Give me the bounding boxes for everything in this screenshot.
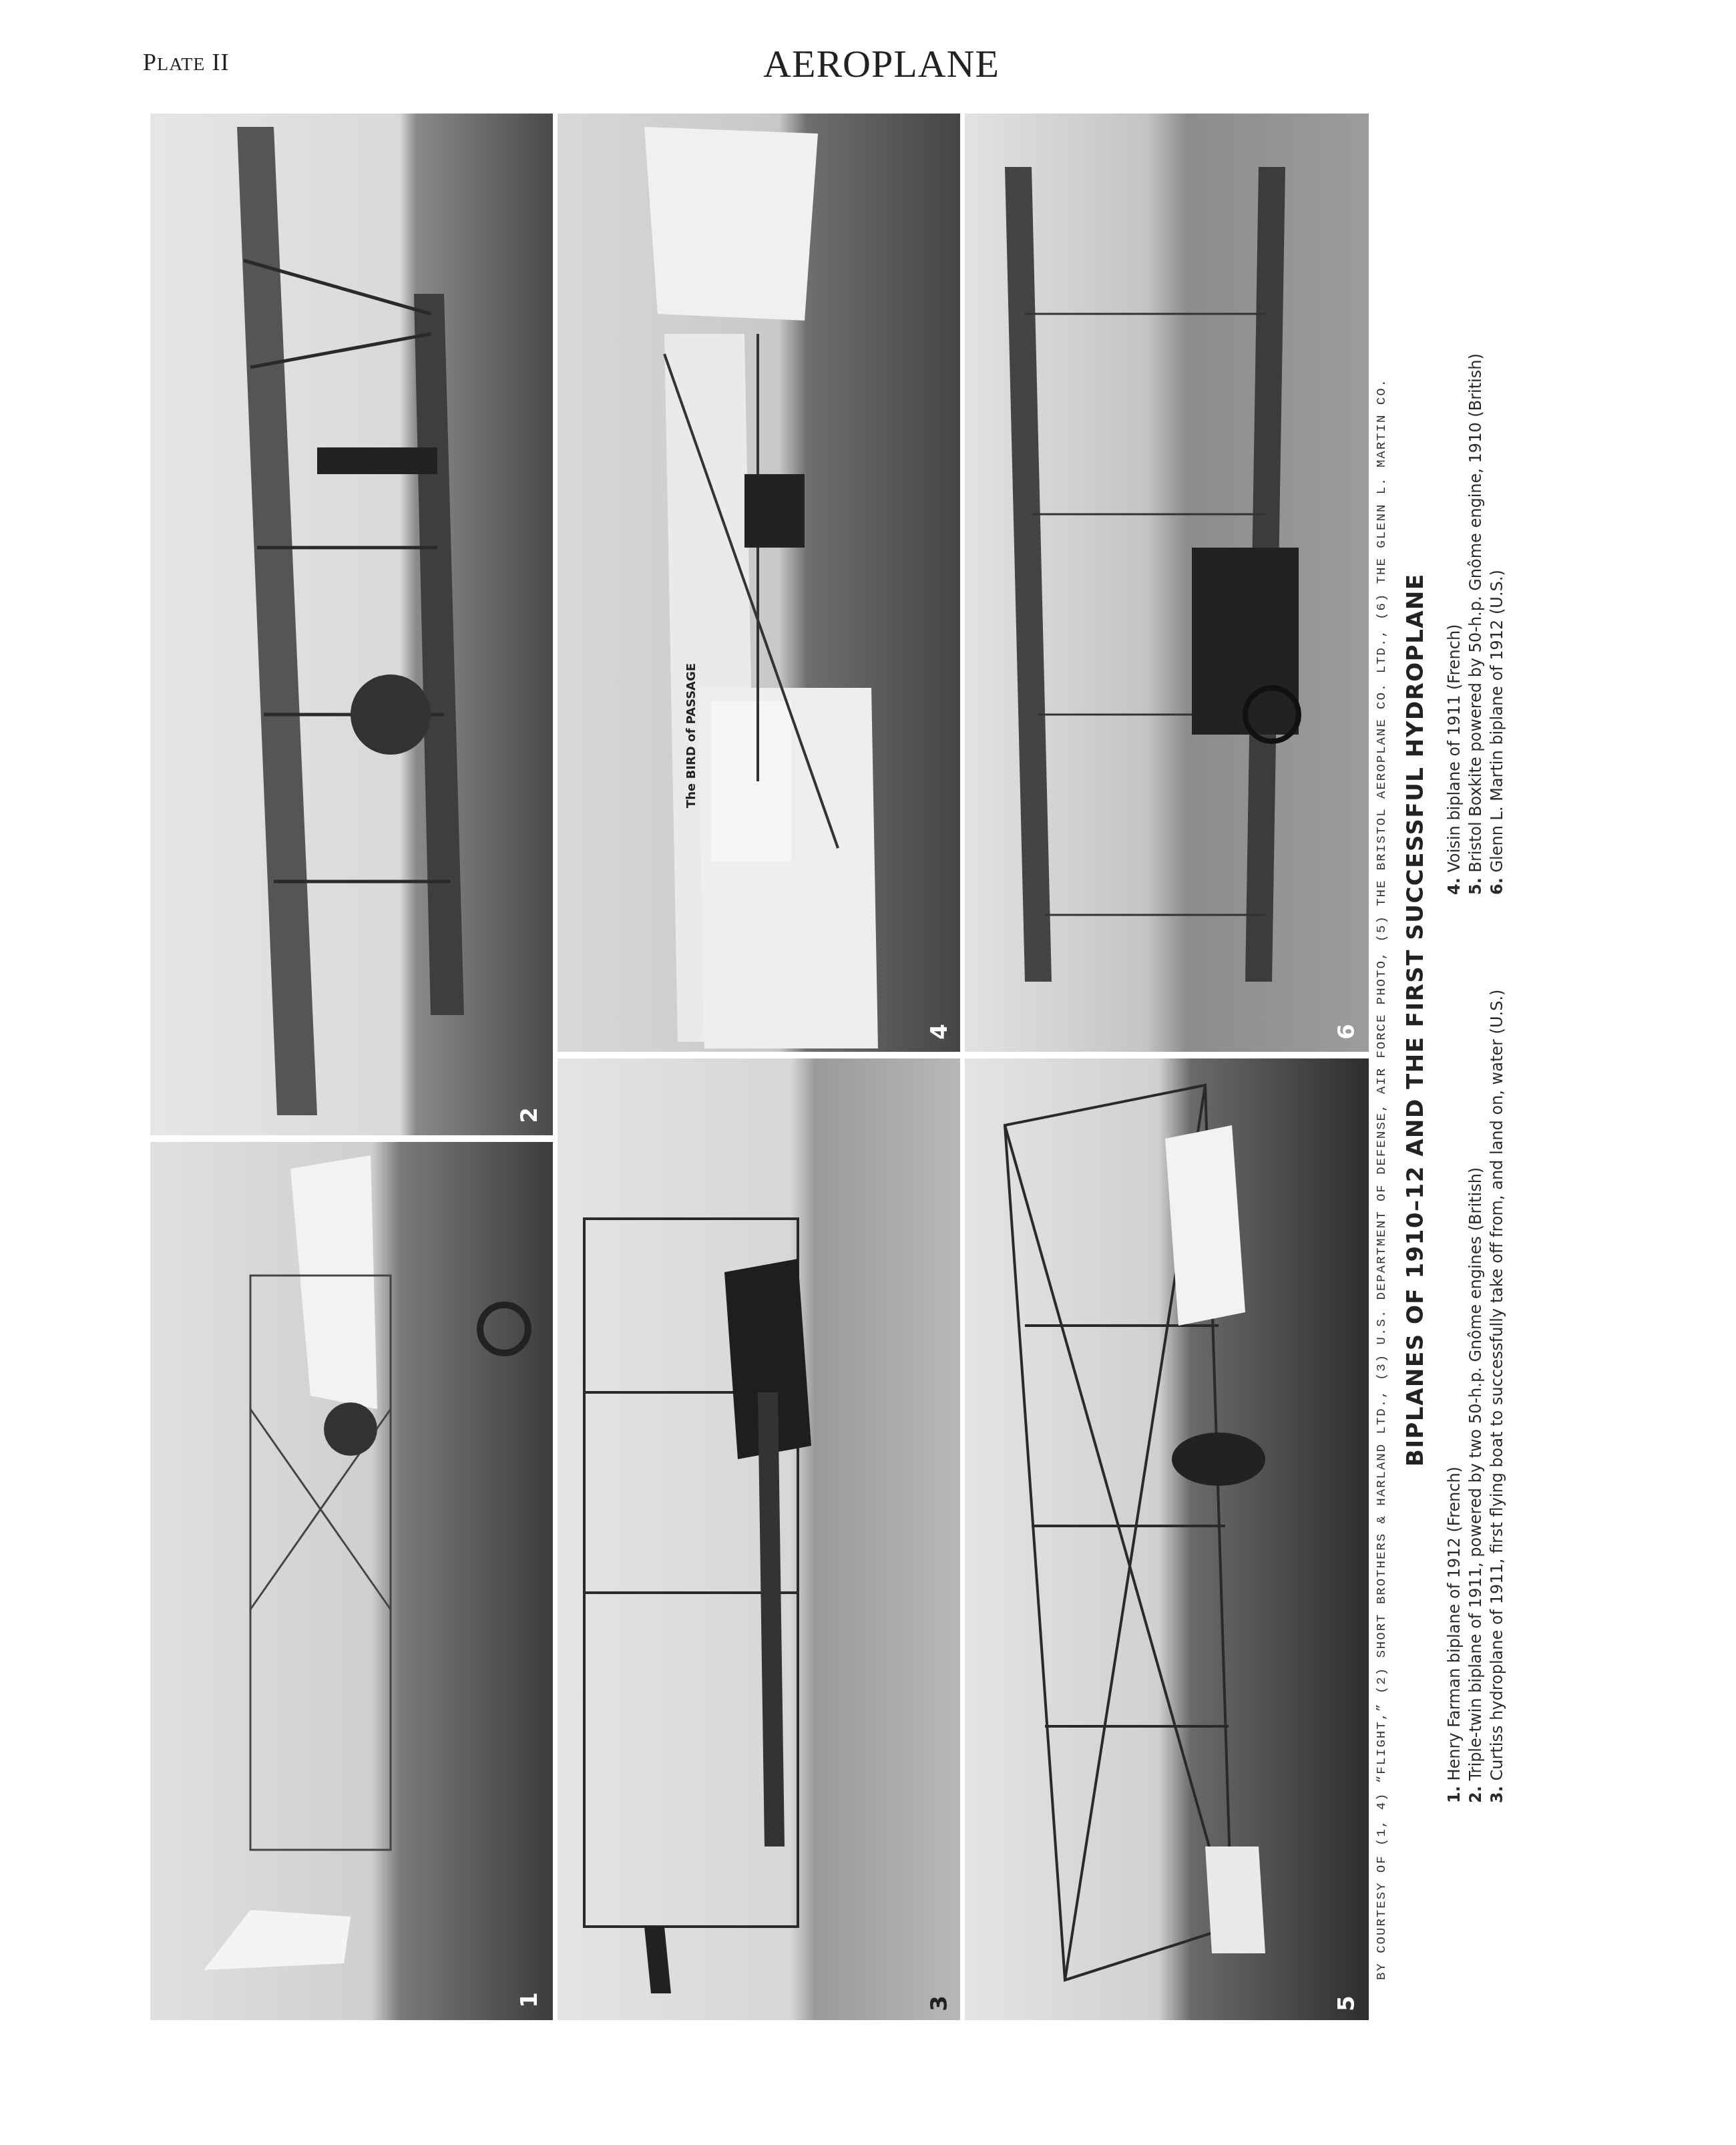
caption-title: BIPLANES OF 1910–12 AND THE FIRST SUCCES… bbox=[1402, 573, 1429, 1467]
photo-number-5: 5 bbox=[1333, 1995, 1360, 2011]
photo-number-2: 2 bbox=[516, 1107, 543, 1123]
caption-item-2: 2. Triple-twin biplane of 1911, powered … bbox=[1465, 990, 1486, 1803]
photo-number-6: 6 bbox=[1333, 1024, 1360, 1040]
photo-number-3: 3 bbox=[926, 1995, 953, 2011]
photo-5-bristol-boxkite: 5 bbox=[965, 1058, 1369, 2020]
photo-number-1: 1 bbox=[516, 1992, 543, 2008]
caption-item-1: 1. Henry Farman biplane of 1912 (French) bbox=[1444, 990, 1465, 1803]
photo-number-4: 4 bbox=[926, 1024, 953, 1040]
page-title: AEROPLANE bbox=[668, 41, 1095, 86]
photo-6-glenn-martin-biplane: 6 bbox=[965, 114, 1369, 1052]
photo-2-triple-twin-biplane: 2 bbox=[150, 114, 553, 1135]
caption-list-left: 1. Henry Farman biplane of 1912 (French)… bbox=[1444, 990, 1508, 1803]
caption-list-right: 4. Voisin biplane of 1911 (French) 5. Br… bbox=[1444, 353, 1508, 895]
caption-item-3: 3. Curtiss hydroplane of 1911, first fly… bbox=[1486, 990, 1508, 1803]
photo-credits: BY COURTESY OF (1, 4) “FLIGHT,” (2) SHOR… bbox=[1374, 378, 1389, 1980]
photo-4-voisin-biplane: The BIRD of PASSAGE 4 bbox=[558, 114, 960, 1052]
caption-item-6: 6. Glenn L. Martin biplane of 1912 (U.S.… bbox=[1486, 353, 1508, 895]
caption-item-5: 5. Bristol Boxkite powered by 50-h.p. Gn… bbox=[1465, 353, 1486, 895]
plate-label: PLATE II bbox=[143, 48, 229, 76]
photo-1-henry-farman-biplane: 1 bbox=[150, 1142, 553, 2020]
photo-3-curtiss-hydroplane: 3 bbox=[558, 1058, 960, 2020]
caption-item-4: 4. Voisin biplane of 1911 (French) bbox=[1444, 353, 1465, 895]
sign-bird-of-passage: The BIRD of PASSAGE bbox=[684, 663, 698, 808]
